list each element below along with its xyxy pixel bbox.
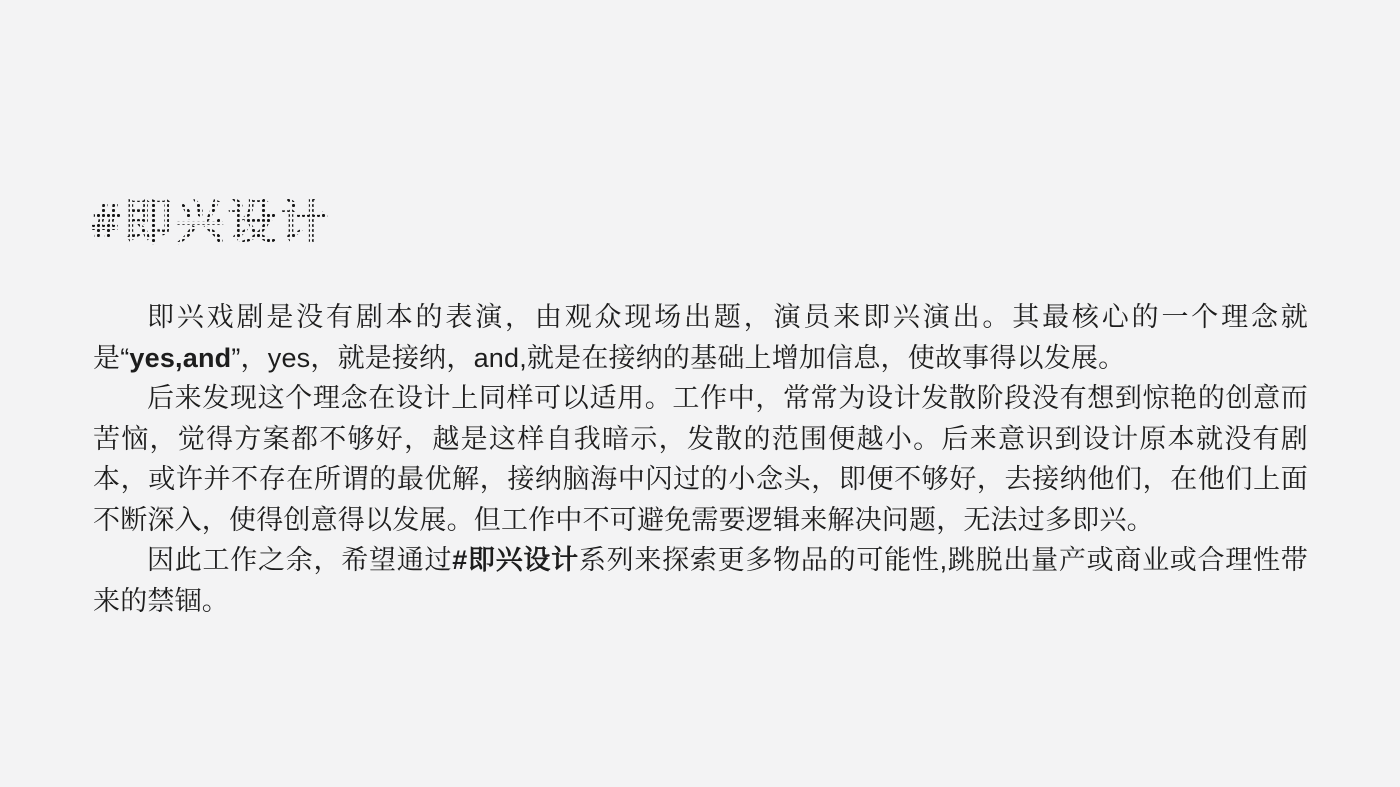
paragraph: 后来发现这个理念在设计上同样可以适用。工作中，常常为设计发散阶段没有想到惊艳的创… — [93, 378, 1308, 540]
text-segment-bold: yes,and — [129, 343, 231, 373]
article-body: 即兴戏剧是没有剧本的表演，由观众现场出题，演员来即兴演出。其最核心的一个理念就是… — [93, 297, 1308, 621]
text-segment-bold: #即兴设计 — [452, 545, 579, 575]
page-title: #即兴设计 — [91, 193, 332, 253]
article-page: #即兴设计 即兴戏剧是没有剧本的表演，由观众现场出题，演员来即兴演出。其最核心的… — [0, 0, 1400, 787]
paragraph: 因此工作之余，希望通过#即兴设计系列来探索更多物品的可能性,跳脱出量产或商业或合… — [93, 540, 1308, 621]
text-segment: ”，yes，就是接纳，and,就是在接纳的基础上增加信息，使故事得以发展。 — [231, 343, 1125, 373]
text-segment: 后来发现这个理念在设计上同样可以适用。工作中，常常为设计发散阶段没有想到惊艳的创… — [93, 383, 1308, 535]
paragraph: 即兴戏剧是没有剧本的表演，由观众现场出题，演员来即兴演出。其最核心的一个理念就是… — [93, 297, 1308, 378]
text-segment: 因此工作之余，希望通过 — [147, 545, 452, 575]
